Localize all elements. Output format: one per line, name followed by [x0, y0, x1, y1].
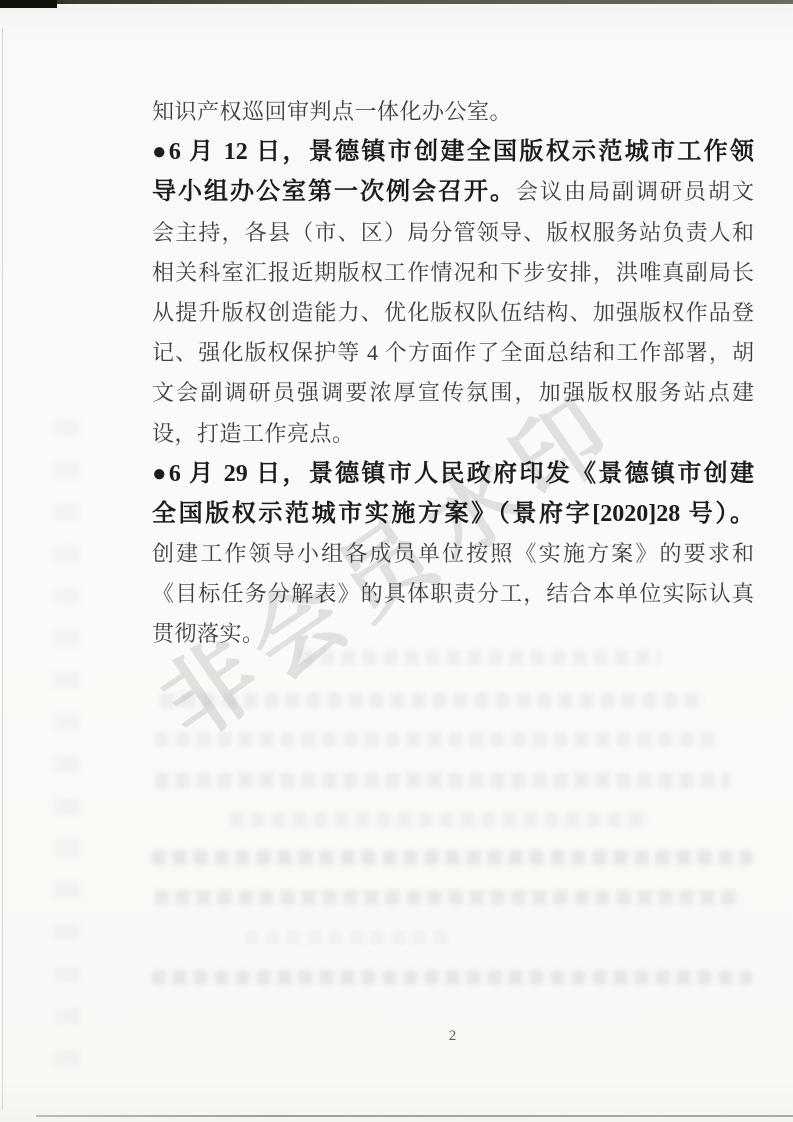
paper-edge-bottom: [36, 1115, 793, 1117]
text-line: 从提升版权创造能力、优化版权队伍结构、加强版权作品登: [152, 293, 754, 333]
bleedthrough-row: [155, 890, 740, 905]
text-segment: 设，打造工作亮点。: [152, 421, 355, 446]
bleedthrough-left-margin: [54, 420, 80, 1070]
text-line: 创建工作领导小组各成员单位按照《实施方案》的要求和: [152, 534, 754, 574]
bleedthrough-row: [230, 812, 650, 827]
page-number: 2: [152, 1028, 754, 1045]
paper-edge-left: [2, 28, 3, 1110]
text-segment: 文会副调研员强调要浓厚宣传氛围，加强版权服务站点建: [152, 380, 754, 405]
text-line: 《目标任务分解表》的具体职责分工，结合本单位实际认真: [152, 574, 754, 614]
text-segment: 创建工作领导小组各成员单位按照《实施方案》的要求和: [152, 541, 754, 566]
text-segment: 贯彻落实。: [152, 621, 265, 646]
bleedthrough-row: [152, 970, 752, 985]
text-segment-bold: 导小组办公室第一次例会召开。: [152, 179, 516, 205]
text-line: 相关科室汇报近期版权工作情况和下步安排，洪唯真副局长: [152, 253, 754, 293]
text-line: 设，打造工作亮点。: [152, 414, 754, 454]
bleedthrough-row: [160, 693, 705, 708]
text-line: 会主持，各县（市、区）局分管领导、版权服务站负责人和: [152, 213, 754, 253]
bleedthrough-row: [155, 773, 730, 788]
text-line: 知识产权巡回审判点一体化办公室。: [152, 92, 754, 132]
text-segment: 从提升版权创造能力、优化版权队伍结构、加强版权作品登: [152, 300, 754, 325]
text-segment: 知识产权巡回审判点一体化办公室。: [152, 99, 512, 124]
text-line: ●6 月 29 日，景德镇市人民政府印发《景德镇市创建: [152, 454, 754, 494]
text-line: 全国版权示范城市实施方案》（景府字[2020]28 号）。: [152, 494, 754, 534]
text-segment-bold: 全国版权示范城市实施方案》（景府字[2020]28 号）。: [152, 501, 754, 527]
text-segment-bold: ●6 月 29 日，景德镇市人民政府印发《景德镇市创建: [152, 461, 754, 487]
scan-edge-top: [0, 0, 793, 4]
text-segment: 会议由局副调研员胡文: [516, 179, 754, 204]
text-segment: 《目标任务分解表》的具体职责分工，结合本单位实际认真: [152, 581, 754, 606]
text-line: 文会副调研员强调要浓厚宣传氛围，加强版权服务站点建: [152, 373, 754, 413]
text-line: ●6 月 12 日，景德镇市创建全国版权示范城市工作领: [152, 132, 754, 172]
bleedthrough-row: [152, 850, 752, 865]
scanned-page: 非会员水印 知识产权巡回审判点一体化办公室。●6 月 12 日，景德镇市创建全国…: [0, 0, 793, 1122]
text-segment: 记、强化版权保护等 4 个方面作了全面总结和工作部署，胡: [152, 340, 754, 365]
text-segment: 会主持，各县（市、区）局分管领导、版权服务站负责人和: [152, 220, 754, 245]
text-segment: 相关科室汇报近期版权工作情况和下步安排，洪唯真副局长: [152, 260, 754, 285]
text-line: 记、强化版权保护等 4 个方面作了全面总结和工作部署，胡: [152, 333, 754, 373]
document-text-block: 知识产权巡回审判点一体化办公室。●6 月 12 日，景德镇市创建全国版权示范城市…: [152, 92, 754, 655]
bleedthrough-row: [155, 732, 715, 747]
text-line: 导小组办公室第一次例会召开。会议由局副调研员胡文: [152, 172, 754, 212]
scan-edge-top-left: [0, 0, 57, 8]
text-segment-bold: ●6 月 12 日，景德镇市创建全国版权示范城市工作领: [152, 139, 754, 165]
text-line: 贯彻落实。: [152, 614, 754, 654]
bleedthrough-row: [245, 930, 455, 945]
